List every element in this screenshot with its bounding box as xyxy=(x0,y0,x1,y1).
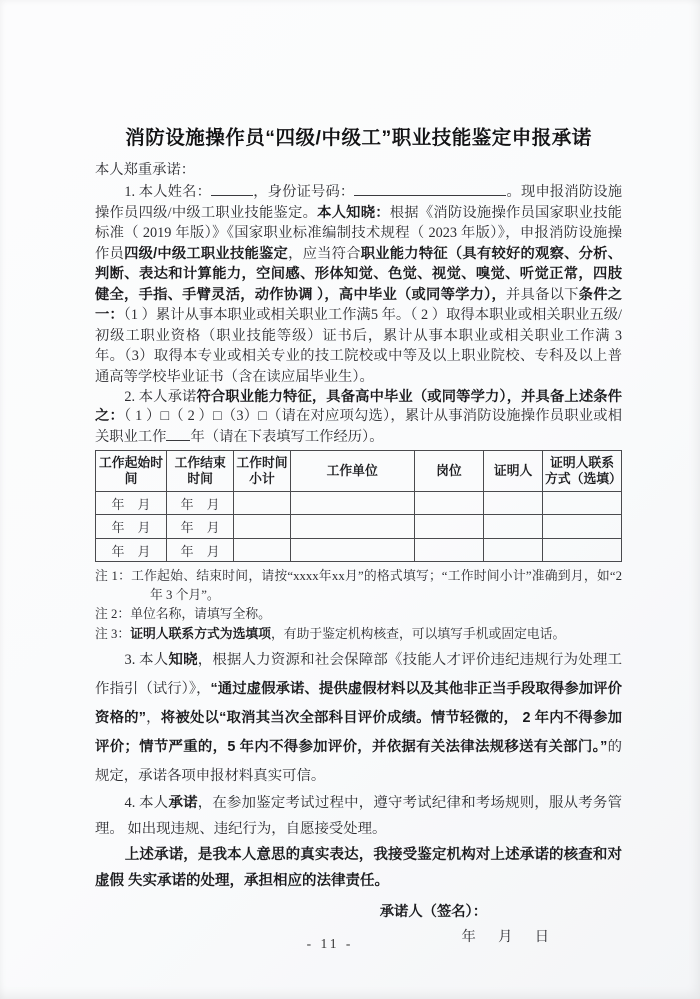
table-row: 年 月年 月 xyxy=(96,538,622,562)
text-run: 注 2：单位名称，请填写全称。 xyxy=(95,607,271,621)
paragraph-4: 4. 本人承诺，在参加鉴定考试过程中，遵守考试纪律和考场规则，服从考务管理。 如… xyxy=(95,791,622,842)
table-cell xyxy=(234,538,290,562)
table-cell xyxy=(543,515,622,539)
header-cell: 工作起始时间 xyxy=(96,450,167,491)
table-cell: 年 月 xyxy=(167,515,234,539)
checkbox-option-2: □ xyxy=(213,408,222,424)
bold-text-run: 将被处以 xyxy=(161,710,219,726)
table-cell: 年 月 xyxy=(167,491,234,515)
text-run: ， xyxy=(146,710,161,726)
table-cell xyxy=(290,515,414,539)
paragraph-1: 1. 本人姓名：，身份证号码：。现申报消防设施操作员四级/中级工职业技能鉴定。本… xyxy=(95,182,622,387)
text-run: （1 ）累计从事本职业或相关职业工作满5 年。（ 2 ）取得本职业或相关职业五级… xyxy=(95,307,622,385)
scanned-document-page: 消防设施操作员“四级/中级工”职业技能鉴定申报承诺 本人郑重承诺： 1. 本人姓… xyxy=(0,0,700,999)
header-cell: 证明人联系方式（选填） xyxy=(543,450,622,491)
header-cell: 证明人 xyxy=(484,450,543,491)
work-years-blank xyxy=(166,427,190,441)
text-run: 并具备以下 xyxy=(506,287,579,303)
text-run: 年（请在下表填写工作经历）。 xyxy=(190,429,383,445)
text-run: 3. 本人 xyxy=(125,652,169,668)
table-cell xyxy=(414,491,483,515)
table-body: 年 月年 月年 月年 月年 月年 月 xyxy=(96,491,622,562)
text-run: （3） xyxy=(222,408,258,424)
note-2: 注 2：单位名称，请填写全称。 xyxy=(95,605,622,624)
bold-text-run: 证明人联系方式为选填项 xyxy=(130,626,271,641)
bold-text-run: 四级/中级工职业技能鉴定 xyxy=(124,246,288,262)
note-1: 注 1：工作起始、结束时间，请按“xxxx年xx月”的格式填写；“工作时间小计”… xyxy=(95,567,622,605)
note-3: 注 3：证明人联系方式为选填项，有助于鉴定机构核查，可以填写手机或固定电话。 xyxy=(95,624,622,644)
bold-text-run: 知晓 xyxy=(168,652,197,668)
text-run: （ 1 ） xyxy=(124,408,161,424)
table-cell xyxy=(234,515,290,539)
name-blank xyxy=(211,182,253,196)
table-cell xyxy=(484,515,543,539)
paragraph-3: 3. 本人知晓，根据人力资源和社会保障部《技能人才评价违纪违规行为处理工作指引（… xyxy=(95,646,622,791)
header-cell: 工作单位 xyxy=(290,450,414,491)
table-cell: 年 月 xyxy=(96,538,167,562)
table-cell xyxy=(543,491,622,515)
checkbox-option-3: □ xyxy=(258,408,267,424)
bold-text-run: 本人知晓： xyxy=(317,205,390,221)
page-title: 消防设施操作员“四级/中级工”职业技能鉴定申报承诺 xyxy=(95,124,622,152)
header-cell: 工作时间小计 xyxy=(234,450,290,491)
text-run: 注 1：工作起始、结束时间，请按“xxxx年xx月”的格式填写；“工作时间小计”… xyxy=(95,569,622,602)
closing-statement: 上述承诺，是我本人意思的真实表达，我接受鉴定机构对上述承诺的核查和对虚假 失实承… xyxy=(95,842,622,894)
bold-text-run: 承诺 xyxy=(168,795,197,811)
text-run: 4. 本人 xyxy=(125,795,169,811)
text-run: 2. 本人承诺 xyxy=(124,389,196,405)
work-history-table: 工作起始时间工作结束时间工作时间小计工作单位岗位证明人证明人联系方式（选填） 年… xyxy=(95,450,622,563)
table-cell xyxy=(414,538,483,562)
header-cell: 岗位 xyxy=(414,450,483,491)
table-row: 年 月年 月 xyxy=(96,515,622,539)
bold-text-run: 上述承诺，是我本人意思的真实表达，我接受鉴定机构对上述承诺的核查和对虚假 失实承… xyxy=(95,847,622,889)
table-cell xyxy=(234,491,290,515)
table-cell xyxy=(543,538,622,562)
table-cell xyxy=(484,538,543,562)
table-cell: 年 月 xyxy=(167,538,234,562)
text-run: ，有助于鉴定机构核查，可以填写手机或固定电话。 xyxy=(271,627,565,641)
table-row: 年 月年 月 xyxy=(96,491,622,515)
table-cell xyxy=(484,491,543,515)
document-content: 消防设施操作员“四级/中级工”职业技能鉴定申报承诺 本人郑重承诺： 1. 本人姓… xyxy=(0,0,700,947)
id-number-blank xyxy=(354,182,506,196)
text-run: ，身份证号码： xyxy=(253,184,354,200)
intro-line: 本人郑重承诺： xyxy=(95,158,622,182)
notes-section: 注 1：工作起始、结束时间，请按“xxxx年xx月”的格式填写；“工作时间小计”… xyxy=(95,567,622,644)
header-cell: 工作结束时间 xyxy=(167,450,234,491)
text-run: 1. 本人姓名： xyxy=(124,184,211,200)
text-run: （ 2 ） xyxy=(169,408,213,424)
signature-label: 承诺人（签名）： xyxy=(95,902,622,922)
page-number: - 11 - xyxy=(0,936,660,952)
table-header-row: 工作起始时间工作结束时间工作时间小计工作单位岗位证明人证明人联系方式（选填） xyxy=(96,450,622,491)
header-row: 工作起始时间工作结束时间工作时间小计工作单位岗位证明人证明人联系方式（选填） xyxy=(96,450,622,491)
table-cell: 年 月 xyxy=(96,515,167,539)
table-cell: 年 月 xyxy=(96,491,167,515)
text-run: ，应当符合 xyxy=(288,246,361,262)
table-cell xyxy=(290,491,414,515)
table-cell xyxy=(290,538,414,562)
table-cell xyxy=(414,515,483,539)
text-run: 注 3： xyxy=(95,627,130,641)
paragraph-2: 2. 本人承诺符合职业能力特征，具备高中毕业（或同等学力），并具备上述条件之：（… xyxy=(95,388,622,447)
